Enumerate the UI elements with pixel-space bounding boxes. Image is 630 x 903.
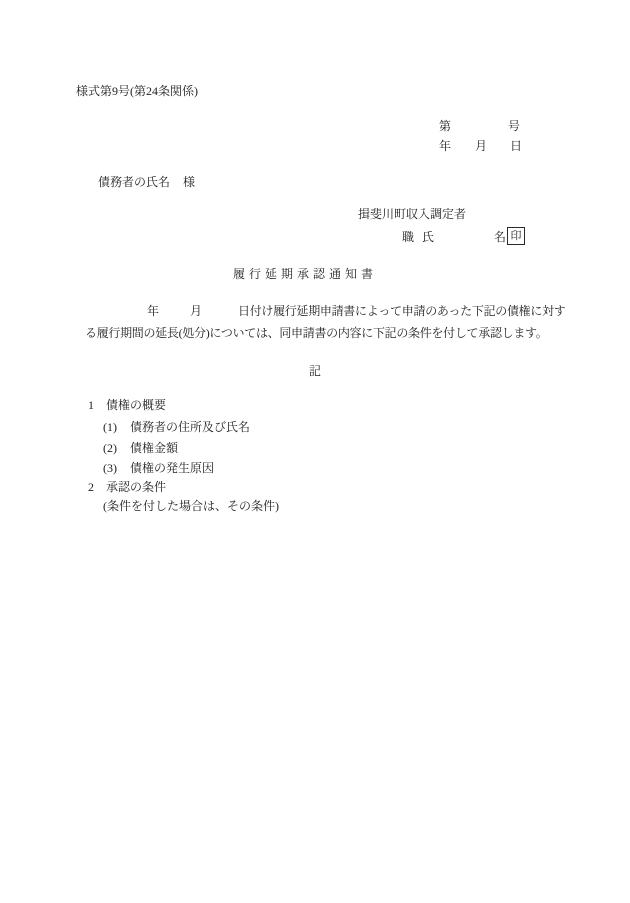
record-marker: 記 — [0, 365, 630, 377]
addressee-label: 債務者の氏名 — [98, 176, 170, 188]
form-number: 様式第9号(第24条関係) — [76, 85, 198, 97]
date-year-label: 年 — [439, 140, 451, 152]
post-label: 職 — [402, 231, 414, 243]
surname-label: 氏 — [422, 231, 434, 243]
doc-number-suffix: 号 — [508, 120, 520, 132]
date-month-label: 月 — [475, 140, 487, 152]
body-line-2: る履行期間の延長(処分)については、同申請書の内容に下記の条件を付して承認します… — [85, 327, 548, 339]
body-line-1: 日付け履行延期申請書によって申請のあった下記の債権に対す — [238, 305, 565, 317]
list-item-text: (条件を付した場合は、その条件) — [103, 500, 279, 512]
list-item-number: (3) — [103, 462, 117, 474]
date-day-label: 日 — [510, 140, 522, 152]
list-item-number: (1) — [103, 421, 117, 433]
list-item-number: (2) — [103, 442, 117, 454]
givenname-label: 名 — [494, 231, 506, 243]
list-item-number: 2 — [88, 481, 94, 493]
issuer-title: 揖斐川町収入調定者 — [358, 208, 466, 220]
list-item-text: 承認の条件 — [106, 481, 166, 493]
body-month-blank: 月 — [190, 305, 202, 317]
list-item-number: 1 — [88, 399, 94, 411]
addressee-honorific: 様 — [183, 176, 195, 188]
body-year-blank: 年 — [147, 305, 159, 317]
document-page: 様式第9号(第24条関係) 第 号 年 月 日 債務者の氏名 様 揖斐川町収入調… — [0, 0, 630, 903]
list-item-text: 債務者の住所及び氏名 — [130, 421, 250, 433]
doc-number-prefix: 第 — [439, 120, 451, 132]
document-title: 履行延期承認通知書 — [0, 268, 610, 280]
seal-mark: 印 — [511, 231, 522, 242]
list-item-text: 債権の発生原因 — [130, 462, 214, 474]
seal-box: 印 — [507, 227, 525, 245]
list-item-text: 債権の概要 — [106, 399, 166, 411]
list-item-text: 債権金額 — [130, 442, 178, 454]
